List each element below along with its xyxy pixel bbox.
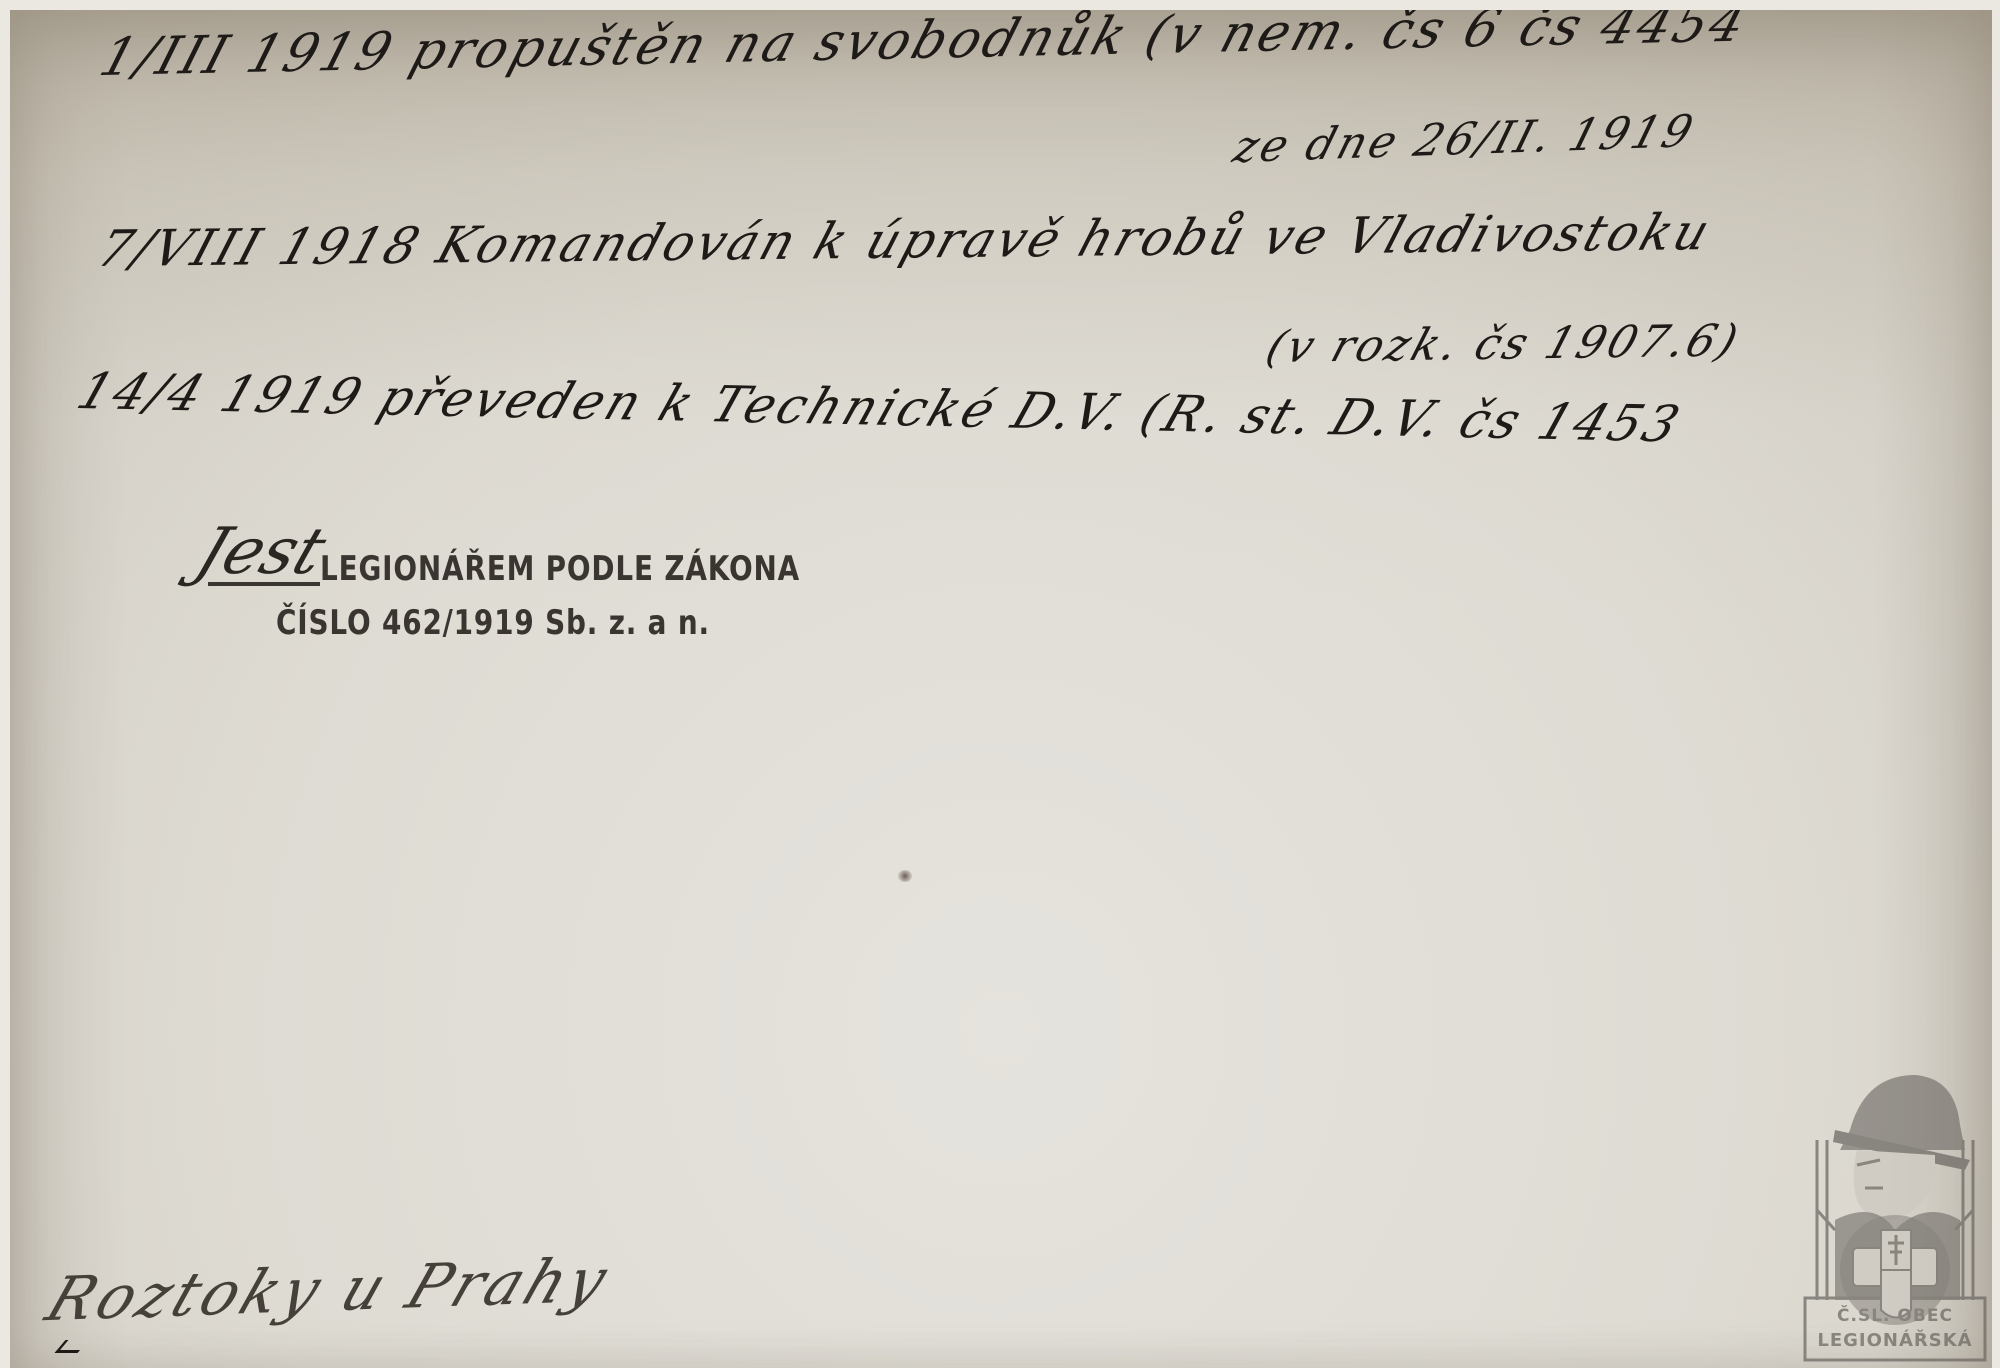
entry-1-date: 1/III 1919 [93,22,402,88]
entry-4-text: (v rozk. čs 1907.6) [1260,315,1746,373]
logo-text-line-2: LEGIONÁŘSKÁ [1807,1330,1983,1351]
entry-2-handwriting: ze dne 26/II. 1919 [1228,106,1702,174]
entry-3-date: 7/VIII 1918 [91,217,429,279]
ink-spot [898,870,912,882]
stamp-line-1: LEGIONÁŘEM PODLE ZÁKONA [320,549,800,589]
entry-5-text: převeden k Technické D.V. (R. st. D.V. č… [371,369,1689,454]
entry-4-handwriting: (v rozk. čs 1907.6) [1260,315,1746,373]
stamp-underline [208,582,320,586]
document-page: 1/III 1919 propuštěn na svobodnůk (v nem… [0,0,2000,1368]
entry-5-handwriting: 14/4 1919 převeden k Technické D.V. (R. … [70,362,1689,453]
legionnaire-stamp: Jest LEGIONÁŘEM PODLE ZÁKONA ČÍSLO 462/1… [180,515,860,665]
entry-3-text: Komandován k úpravě hrobů ve Vladivostok… [430,203,1719,275]
entry-1-handwriting: 1/III 1919 propuštěn na svobodnůk (v nem… [93,10,1756,88]
logo-text-line-1: Č.SL. OBEC [1807,1306,1983,1326]
check-mark [55,1340,89,1353]
obec-legionarska-logo: Č.SL. OBEC LEGIONÁŘSKÁ [1795,1070,1992,1368]
entry-1-text: propuštěn na svobodnůk (v nem. čs 6 čs 4… [403,10,1755,82]
stamp-line-2: ČÍSLO 462/1919 Sb. z. a n. [276,603,710,643]
place-handwriting: Roztoky u Prahy [37,1245,620,1335]
record-card: 1/III 1919 propuštěn na svobodnůk (v nem… [10,10,1992,1368]
entry-2-text: ze dne 26/II. 1919 [1228,106,1702,174]
stamp-signature: Jest [187,515,336,589]
entry-5-date: 14/4 1919 [70,362,372,426]
entry-3-handwriting: 7/VIII 1918 Komandován k úpravě hrobů ve… [91,203,1720,278]
